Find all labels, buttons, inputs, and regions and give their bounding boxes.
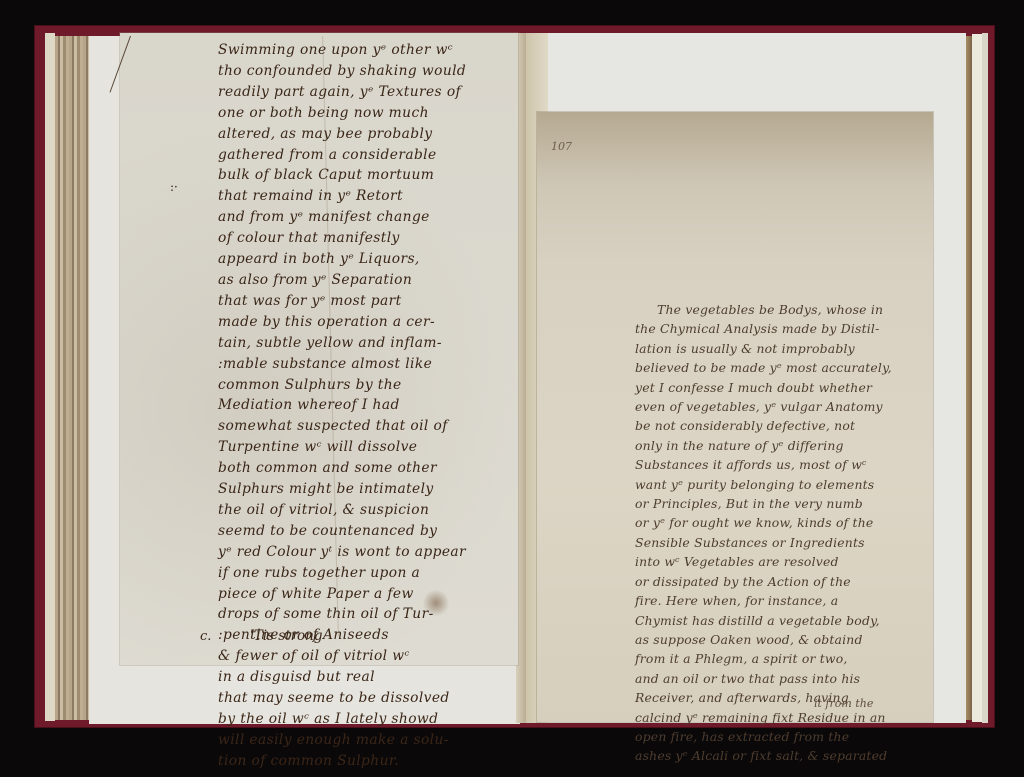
text-line: bulk of black Caput mortuum [218, 165, 518, 186]
text-line: even of vegetables, yᵉ vulgar Anatomy [635, 397, 935, 416]
folio-number: 107 [551, 140, 572, 153]
text-line: Turpentine wᶜ will dissolve [218, 437, 518, 458]
text-line: yet I confesse I much doubt whether [635, 378, 935, 397]
text-line: calcind yᵉ remaining fixt Residue in an [635, 708, 935, 727]
text-line: the Chymical Analysis made by Distil- [635, 319, 935, 338]
right-flyleaf-edge [972, 34, 982, 722]
text-line: Sulphurs might be intimately [218, 479, 518, 500]
text-line: open fire, has extracted from the [635, 727, 935, 746]
text-line: into wᶜ Vegetables are resolved [635, 552, 935, 571]
text-line: that remaind in yᵉ Retort [218, 186, 518, 207]
right-board-edge [982, 33, 988, 723]
text-line: and from yᵉ manifest change [218, 207, 518, 228]
text-line: by the oil wᶜ as I lately showd [218, 709, 518, 730]
text-line: ashes yᵉ Alcali or fixt salt, & separate… [635, 746, 935, 765]
text-line: altered, as may bee probably [218, 124, 518, 145]
text-line: tho confounded by shaking would [218, 61, 518, 82]
left-board-edge [45, 33, 55, 721]
text-line: Swimming one upon yᵉ other wᶜ [218, 40, 518, 61]
text-line: common Sulphurs by the [218, 375, 518, 396]
text-line: will easily enough make a solu- [218, 730, 518, 751]
text-line: appeard in both yᵉ Liquors, [218, 249, 518, 270]
text-line: from it a Phlegm, a spirit or two, [635, 649, 935, 668]
text-line: & fewer of oil of vitriol wᶜ [218, 646, 518, 667]
text-line: of colour that manifestly [218, 228, 518, 249]
text-line: Sensible Substances or Ingredients [635, 533, 935, 552]
text-line: somewhat suspected that oil of [218, 416, 518, 437]
text-line: and an oil or two that pass into his [635, 669, 935, 688]
text-line: both common and some other [218, 458, 518, 479]
text-line: as suppose Oaken wood, & obtaind [635, 630, 935, 649]
text-line: or Principles, But in the very numb [635, 494, 935, 513]
text-line: tain, subtle yellow and inflam- [218, 333, 518, 354]
text-line: or dissipated by the Action of the [635, 572, 935, 591]
text-line: The vegetables be Bodys, whose in [635, 300, 935, 319]
text-line: want yᵉ purity belonging to elements [635, 475, 935, 494]
text-line: piece of white Paper a few [218, 584, 518, 605]
text-line: only in the nature of yᵉ differing [635, 436, 935, 455]
catchword: it from the [814, 697, 873, 710]
text-line: lation is usually & not improbably [635, 339, 935, 358]
last-line: 'Tis strong [250, 628, 323, 644]
text-line: drops of some thin oil of Tur- [218, 604, 518, 625]
text-line: yᵉ red Colour yᵗ is wont to appear [218, 542, 518, 563]
margin-marks: :· [170, 180, 178, 194]
text-line: believed to be made yᵉ most accurately, [635, 358, 935, 377]
text-line: or yᵉ for ought we know, kinds of the [635, 513, 935, 532]
text-line: one or both being now much [218, 103, 518, 124]
text-line: in a disguisd but real [218, 667, 518, 688]
right-page-text: The vegetables be Bodys, whose in the Ch… [635, 300, 935, 766]
left-page-stack-edges [55, 36, 89, 720]
text-line: Substances it affords us, most of wᶜ [635, 455, 935, 474]
text-line: that was for yᵉ most part [218, 291, 518, 312]
text-line: :mable substance almost like [218, 354, 518, 375]
text-line: fire. Here when, for instance, a [635, 591, 935, 610]
margin-note: c. [200, 629, 211, 644]
left-page-text: Swimming one upon yᵉ other wᶜ tho confou… [218, 40, 518, 772]
text-line: seemd to be countenanced by [218, 521, 518, 542]
text-line: gathered from a considerable [218, 145, 518, 166]
text-line: if one rubs together upon a [218, 563, 518, 584]
text-line: Mediation whereof I had [218, 395, 518, 416]
text-line: tion of common Sulphur. [218, 751, 518, 772]
text-line: made by this operation a cer- [218, 312, 518, 333]
text-line: Chymist has distilld a vegetable body, [635, 611, 935, 630]
text-line: be not considerably defective, not [635, 416, 935, 435]
text-line: readily part again, yᵉ Textures of [218, 82, 518, 103]
text-line: the oil of vitriol, & suspicion [218, 500, 518, 521]
text-line: Receiver, and afterwards, having [635, 688, 935, 707]
text-line: that may seeme to be dissolved [218, 688, 518, 709]
text-line: as also from yᵉ Separation [218, 270, 518, 291]
